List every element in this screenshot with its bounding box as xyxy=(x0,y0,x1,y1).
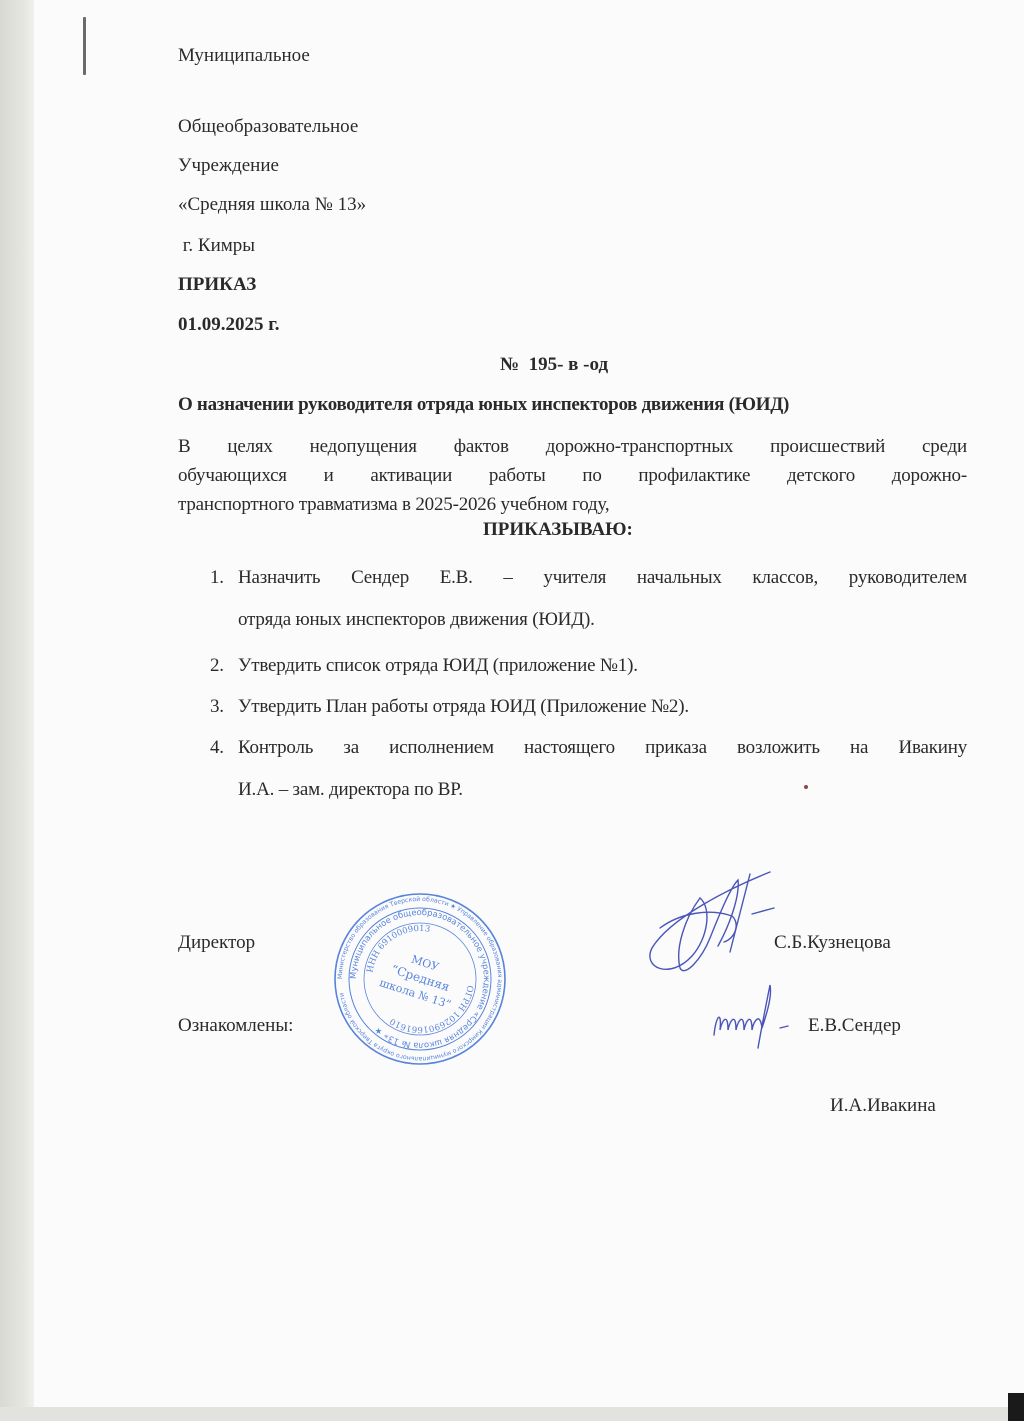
acknowledged-name-1: Е.В.Сендер xyxy=(808,1015,901,1037)
item-text: Утвердить список отряда ЮИД (приложение … xyxy=(238,651,967,680)
acknowledged-label: Ознакомлены: xyxy=(178,1015,293,1037)
ink-speck xyxy=(804,785,808,789)
item-number: 4. xyxy=(210,733,224,762)
order-date: 01.09.2025 г. xyxy=(178,314,280,336)
item-number: 3. xyxy=(210,692,224,721)
director-name: С.Б.Кузнецова xyxy=(774,932,891,954)
director-label: Директор xyxy=(178,932,255,954)
order-item: 3. Утвердить План работы отряда ЮИД (При… xyxy=(178,692,967,721)
item-text: отряда юных инспекторов движения (ЮИД). xyxy=(238,605,967,634)
preamble-line: В целях недопущения фактов дорожно-транс… xyxy=(178,432,967,461)
order-item: 2. Утвердить список отряда ЮИД (приложен… xyxy=(178,651,967,680)
order-number: № 195- в -од xyxy=(500,354,608,376)
document-page: Муниципальное Общеобразовательное Учрежд… xyxy=(0,0,1024,1421)
org-line-3: Учреждение xyxy=(178,155,279,177)
preamble-line: транспортного травматизма в 2025-2026 уч… xyxy=(178,490,967,519)
scan-corner xyxy=(1008,1393,1024,1421)
order-items: 1. Назначить Сендер Е.В. – учителя начал… xyxy=(178,563,967,804)
item-text: Назначить Сендер Е.В. – учителя начальны… xyxy=(238,563,967,592)
item-number: 2. xyxy=(210,651,224,680)
sender-signature xyxy=(708,980,808,1050)
org-line-2: Общеобразовательное xyxy=(178,116,358,138)
preamble-line: обучающихся и активации работы по профил… xyxy=(178,461,967,490)
org-city: г. Кимры xyxy=(178,235,255,257)
item-text: И.А. – зам. директора по ВР. xyxy=(238,775,967,804)
official-stamp: Министерство образования Тверской област… xyxy=(333,892,507,1066)
org-line-4: «Средняя школа № 13» xyxy=(178,194,366,216)
order-item: 1. Назначить Сендер Е.В. – учителя начал… xyxy=(178,563,967,634)
directive: ПРИКАЗЫВАЮ: xyxy=(483,519,633,541)
order-item: 4. Контроль за исполнением настоящего пр… xyxy=(178,733,967,804)
director-signature xyxy=(640,868,780,988)
preamble: В целях недопущения фактов дорожно-транс… xyxy=(178,432,967,519)
order-type: ПРИКАЗ xyxy=(178,274,256,296)
acknowledged-name-2: И.А.Ивакина xyxy=(830,1095,936,1117)
scan-bottom-edge xyxy=(0,1407,1024,1421)
item-number: 1. xyxy=(210,563,224,592)
order-title: О назначении руководителя отряда юных ин… xyxy=(178,394,789,416)
item-text: Контроль за исполнением настоящего прика… xyxy=(238,733,967,762)
org-line-1: Муниципальное xyxy=(178,45,310,67)
item-text: Утвердить План работы отряда ЮИД (Прилож… xyxy=(238,692,967,721)
